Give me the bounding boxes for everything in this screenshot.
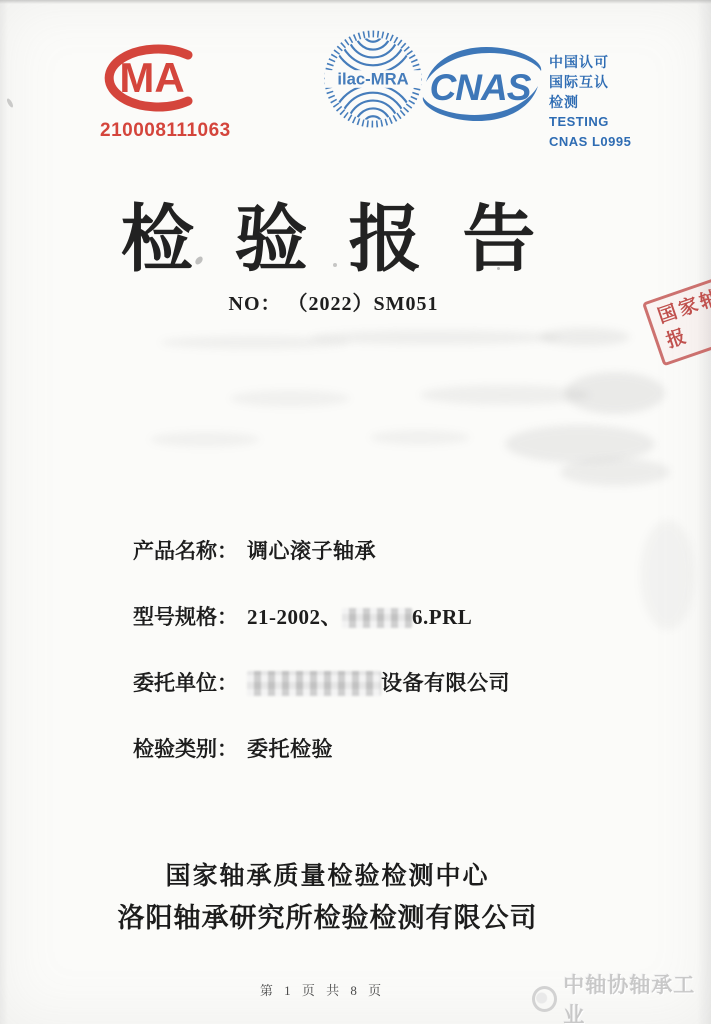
scan-speck [333, 263, 337, 267]
field-client-unit: 委托单位： 设备有限公司 [133, 669, 593, 698]
scan-bleed-artifact [505, 425, 655, 463]
field-model-spec: 型号规格： 21-2002、6.PRL [133, 603, 593, 632]
scan-bleed-artifact [540, 328, 630, 346]
cma-license-number: 210008111063 [100, 120, 230, 142]
cma-certification-block: MA 210008111063 [100, 42, 230, 142]
cma-wordmark: MA [119, 54, 184, 101]
ilac-mra-stamp-icon: ilac-MRA [324, 30, 422, 128]
scan-speck [6, 98, 14, 109]
scan-bleed-artifact [150, 432, 260, 447]
cnas-caption-line: 检测 [549, 92, 631, 112]
field-inspection-category: 检验类别： 委托检验 [133, 735, 593, 764]
field-label: 检验类别： [133, 735, 247, 764]
redacted-text-blur [247, 671, 381, 696]
issuer-company-name: 洛阳轴承研究所检验检测有限公司 [0, 896, 655, 935]
issuer-center-name: 国家轴承质量检验检测中心 [0, 856, 655, 892]
field-value: 委托检验 [247, 735, 333, 764]
cnas-caption-line: TESTING [549, 112, 631, 132]
cma-logo-icon: MA [100, 42, 214, 114]
field-value: 设备有限公司 [247, 669, 510, 698]
issuer-block: 国家轴承质量检验检测中心 洛阳轴承研究所检验检测有限公司 [0, 856, 711, 935]
scan-bleed-artifact [370, 430, 470, 445]
report-fields: 产品名称： 调心滚子轴承 型号规格： 21-2002、6.PRL 委托单位： 设… [133, 537, 593, 801]
cnas-caption: 中国认可 国际互认 检测 TESTING CNAS L0995 [549, 52, 631, 152]
redacted-text-blur [342, 608, 412, 628]
scan-bleed-artifact [640, 520, 695, 630]
cnas-logo-icon: CNAS [420, 38, 544, 132]
field-value: 调心滚子轴承 [247, 537, 376, 566]
field-value-after: 设备有限公司 [381, 671, 510, 695]
field-value-before: 21-2002、 [247, 605, 342, 629]
field-label: 委托单位： [133, 669, 247, 698]
field-product-name: 产品名称： 调心滚子轴承 [133, 537, 593, 566]
report-title: 检验报告 [0, 180, 711, 285]
report-number: NO： （2022）SM051 [0, 287, 711, 316]
scan-speck [497, 267, 500, 270]
cnas-caption-line: 国际互认 [549, 72, 631, 92]
cnas-caption-line: CNAS L0995 [549, 132, 631, 152]
field-value-after: 6.PRL [412, 605, 472, 629]
cnas-caption-line: 中国认可 [549, 52, 631, 72]
field-label: 产品名称： [133, 537, 247, 566]
ilac-wordmark: ilac-MRA [337, 69, 408, 88]
scan-bleed-artifact [230, 390, 350, 407]
publisher-logo-icon [532, 986, 557, 1012]
publisher-watermark: 中轴协轴承工业 [532, 969, 711, 1024]
publisher-watermark-text: 中轴协轴承工业 [563, 969, 711, 1024]
field-value: 21-2002、6.PRL [247, 603, 472, 632]
cnas-wordmark: CNAS [430, 67, 532, 108]
scan-bleed-artifact [560, 458, 670, 486]
scan-bleed-artifact [565, 372, 665, 414]
scan-bleed-artifact [310, 330, 560, 345]
field-label: 型号规格： [133, 603, 247, 632]
report-cover-page: MA 210008111063 ilac-MRA CNAS 中国认可 国 [0, 0, 711, 1024]
